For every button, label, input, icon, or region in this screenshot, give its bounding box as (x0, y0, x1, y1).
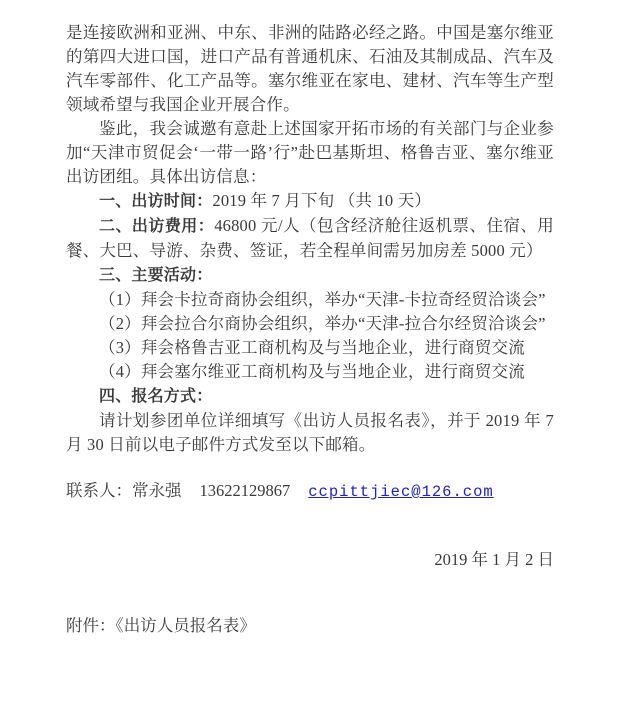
paragraph-text: 是连接欧洲和亚洲、中东、非洲的陆路必经之路。中国是塞尔维亚的第四大进口国，进口产… (66, 23, 554, 114)
contact-name: 常永强 (132, 481, 182, 500)
paragraph-text: （1）拜会卡拉奇商协会组织，举办“天津-卡拉奇经贸洽谈会” (99, 290, 546, 309)
document-date: 2019 年 1 月 2 日 (66, 548, 554, 572)
paragraph-text: 鉴此，我会诚邀有意赴上述国家开拓市场的有关部门与企业参加“天津市贸促会‘一带一路… (66, 119, 554, 186)
contact-line: 联系人：常永强13622129867ccpittjiec@126.com (66, 479, 554, 504)
paragraph-invitation: 鉴此，我会诚邀有意赴上述国家开拓市场的有关部门与企业参加“天津市贸促会‘一带一路… (66, 117, 554, 189)
section-label: 二、出访费用： (99, 218, 214, 235)
document-page: 是连接欧洲和亚洲、中东、非洲的陆路必经之路。中国是塞尔维亚的第四大进口国，进口产… (0, 0, 620, 701)
paragraph-text: （2）拜会拉合尔商协会组织，举办“天津-拉合尔经贸洽谈会” (99, 314, 546, 333)
contact-phone: 13622129867 (200, 481, 291, 500)
section-label: 四、报名方式： (99, 388, 212, 405)
paragraph-registration-heading: 四、报名方式： (66, 384, 554, 409)
paragraph-main-activities-heading: 三、主要活动： (66, 263, 554, 288)
paragraph-registration-detail: 请计划参团单位详细填写《出访人员报名表》，并于 2019 年 7 月 30 日前… (66, 409, 554, 457)
section-label: 一、出访时间： (99, 193, 212, 210)
activity-item-3: （3）拜会格鲁吉亚工商机构及与当地企业，进行商贸交流 (66, 336, 554, 360)
activity-item-1: （1）拜会卡拉奇商协会组织，举办“天津-卡拉奇经贸洽谈会” (66, 288, 554, 312)
paragraph-visit-time: 一、出访时间：2019 年 7 月下旬 （共 10 天） (66, 189, 554, 214)
paragraph-text: （3）拜会格鲁吉亚工商机构及与当地企业，进行商贸交流 (99, 338, 525, 357)
attachment-note: 附件：《出访人员报名表》 (66, 614, 554, 638)
paragraph-text: 2019 年 7 月下旬 （共 10 天） (212, 191, 431, 210)
paragraph-serbia-trade: 是连接欧洲和亚洲、中东、非洲的陆路必经之路。中国是塞尔维亚的第四大进口国，进口产… (66, 21, 554, 117)
paragraph-visit-cost: 二、出访费用：46800 元/人（包含经济舱往返机票、住宿、用餐、大巴、导游、杂… (66, 214, 554, 263)
paragraph-text: （4）拜会塞尔维亚工商机构及与当地企业，进行商贸交流 (99, 362, 525, 381)
activity-item-2: （2）拜会拉合尔商协会组织，举办“天津-拉合尔经贸洽谈会” (66, 312, 554, 336)
contact-email-link[interactable]: ccpittjiec@126.com (308, 483, 493, 501)
paragraph-text: 请计划参团单位详细填写《出访人员报名表》，并于 2019 年 7 月 30 日前… (66, 411, 554, 454)
section-label: 三、主要活动： (99, 267, 212, 284)
contact-label: 联系人： (66, 481, 132, 500)
activity-item-4: （4）拜会塞尔维亚工商机构及与当地企业，进行商贸交流 (66, 360, 554, 384)
